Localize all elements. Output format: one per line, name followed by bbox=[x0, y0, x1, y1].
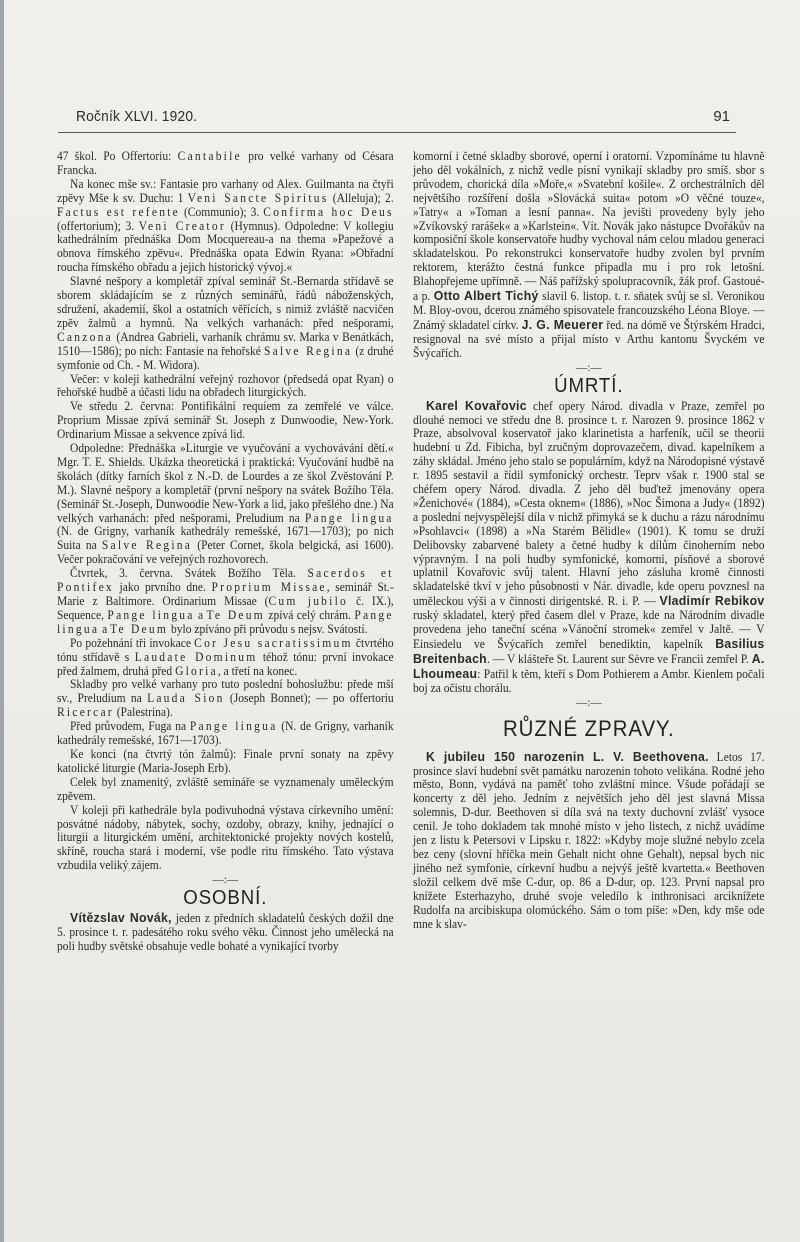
spaced-term: Proprium Missae bbox=[212, 580, 327, 594]
running-title: Ročník XLVI. 1920. bbox=[76, 108, 197, 125]
text-run: . — V klášteře St. Laurent sur Sèvre ve … bbox=[487, 652, 752, 666]
section-separator: —:— bbox=[413, 696, 765, 708]
scan-edge bbox=[0, 0, 4, 1242]
paragraph: Večer: v koleji kathedrální veřejný rozh… bbox=[57, 373, 394, 401]
text-run: bylo zpíváno při průvodu s nejsv. Svátos… bbox=[168, 622, 367, 636]
person-name: Vladimír Rebikov bbox=[660, 593, 765, 608]
running-header: Ročník XLVI. 1920. 91 bbox=[58, 108, 736, 133]
text-run: (Palestrina). bbox=[114, 705, 173, 719]
text-run: (Alleluja); 2. bbox=[329, 191, 394, 205]
paragraph: 47 škol. Po Offertoriu: Cantabile pro ve… bbox=[57, 150, 394, 178]
paragraph: komorní i četné skladby sborové, operní … bbox=[413, 150, 765, 361]
text-run: , a třetí na konec. bbox=[218, 664, 297, 678]
paragraph: K jubileu 150 narozenin L. V. Beethovena… bbox=[413, 750, 765, 932]
text-run: chef opery Národ. divadla v Praze, zemře… bbox=[413, 399, 765, 609]
person-name: Vítězslav Novák, bbox=[70, 910, 172, 925]
spaced-term: Cum jubilo bbox=[268, 594, 348, 608]
spaced-term: Salve Regina bbox=[102, 538, 192, 552]
text-run: a bbox=[195, 608, 207, 622]
spaced-term: Laudate Dominum bbox=[135, 650, 258, 664]
article-title: K jubileu 150 narozenin L. V. Beethovena… bbox=[426, 749, 709, 764]
paragraph: Ve středu 2. června: Pontifikální requie… bbox=[57, 400, 394, 442]
paragraph: Na konec mše sv.: Fantasie pro varhany o… bbox=[57, 178, 394, 275]
spaced-term: Salve Regina bbox=[264, 344, 352, 358]
text-run: Čtvrtek, 3. června. Svátek Božího Těla. bbox=[70, 566, 307, 580]
text-run: (Joseph Bonnet); — po offertoriu bbox=[225, 691, 394, 705]
person-name: J. G. Meuerer bbox=[522, 317, 604, 332]
spaced-term: Te Deum bbox=[206, 608, 265, 622]
paragraph: V koleji při kathedrále byla podivuhodná… bbox=[57, 804, 394, 874]
paragraph: Skladby pro velké varhany pro tuto posle… bbox=[57, 678, 394, 720]
spaced-term: Te Deum bbox=[110, 622, 168, 636]
spaced-term: Lauda Sion bbox=[147, 691, 225, 705]
text-run: a bbox=[99, 622, 110, 636]
section-heading-osobni: OSOBNÍ. bbox=[57, 885, 394, 911]
text-run: Slavné nešpory a kompletář zpíval seminá… bbox=[57, 274, 394, 330]
spaced-term: Factus est refente bbox=[57, 205, 180, 219]
text-run: Před průvodem, Fuga na bbox=[70, 719, 190, 733]
spaced-term: Gloria bbox=[175, 664, 218, 678]
paragraph: Slavné nešpory a kompletář zpíval seminá… bbox=[57, 275, 394, 372]
paragraph: Čtvrtek, 3. června. Svátek Božího Těla. … bbox=[57, 567, 394, 637]
section-heading-umrti: ÚMRTÍ. bbox=[413, 373, 765, 399]
person-name: Karel Kovařovic bbox=[426, 398, 527, 413]
paragraph: Karel Kovařovic chef opery Národ. divadl… bbox=[413, 399, 765, 696]
paragraph: Odpoledne: Přednáška »Liturgie ve vyučov… bbox=[57, 442, 394, 567]
text-run: (Communio); 3. bbox=[180, 205, 263, 219]
text-run: Letos 17. prosince slaví hudební svět pa… bbox=[413, 750, 765, 931]
text-run: ruský skladatel, který před časem dlel v… bbox=[413, 608, 765, 651]
text-run: (offertorium); 3. bbox=[57, 219, 139, 233]
spaced-term: Pange lingua bbox=[107, 608, 194, 622]
person-name: Otto Albert Tichý bbox=[434, 288, 539, 303]
text-run: 47 škol. Po Offertoriu: bbox=[57, 149, 178, 163]
spaced-term: Cor Jesu sacratissimum bbox=[194, 636, 353, 650]
page-number: 91 bbox=[713, 108, 730, 125]
spaced-term: Cantabile bbox=[178, 149, 242, 163]
paragraph: Ke konci (na čtvrtý tón žalmů): Finale p… bbox=[57, 748, 394, 776]
spaced-term: Pange lingua bbox=[305, 511, 394, 525]
right-column: komorní i četné skladby sborové, operní … bbox=[413, 150, 765, 931]
spaced-term: Veni Creator bbox=[139, 219, 226, 233]
paragraph: Po požehnání tři invokace Cor Jesu sacra… bbox=[57, 637, 394, 679]
text-run: zpívá celý chrám. bbox=[265, 608, 354, 622]
text-run: jako prvního dne. bbox=[114, 580, 212, 594]
section-separator: —:— bbox=[413, 361, 765, 373]
spaced-term: Pange lingua bbox=[190, 719, 278, 733]
section-heading-zpravy: RŮZNÉ ZPRAVY. bbox=[413, 714, 765, 744]
paragraph: Celek byl znamenitý, zvláště semináře se… bbox=[57, 776, 394, 804]
section-separator: —:— bbox=[57, 873, 394, 885]
spaced-term: Canzona bbox=[57, 330, 113, 344]
spaced-term: Veni Sancte Spiritus bbox=[188, 191, 329, 205]
text-run: Po požehnání tři invokace bbox=[70, 636, 194, 650]
spaced-term: Ricercar bbox=[57, 705, 114, 719]
left-column: 47 škol. Po Offertoriu: Cantabile pro ve… bbox=[57, 150, 394, 954]
spaced-term: Confirma hoc Deus bbox=[263, 205, 393, 219]
paragraph: Před průvodem, Fuga na Pange lingua (N. … bbox=[57, 720, 394, 748]
paragraph: Vítězslav Novák, jeden z předních sklada… bbox=[57, 911, 394, 954]
text-run: komorní i četné skladby sborové, operní … bbox=[413, 149, 765, 303]
